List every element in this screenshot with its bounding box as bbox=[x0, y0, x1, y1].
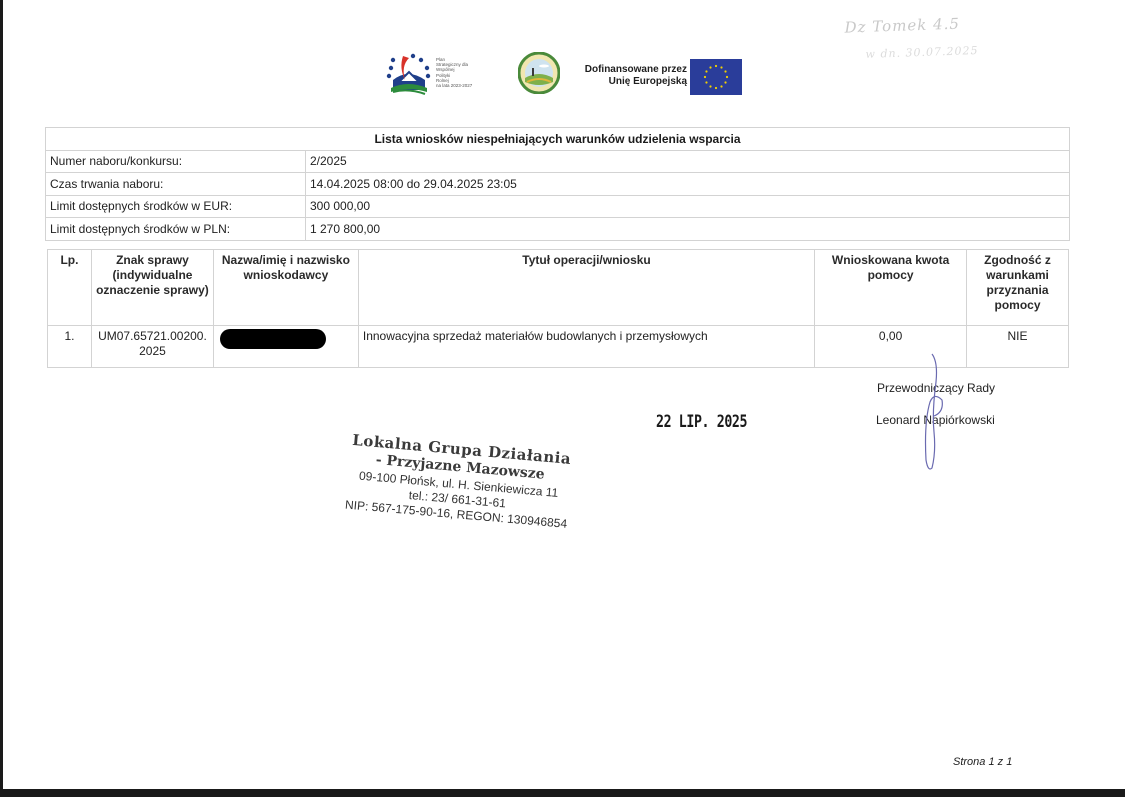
page-number: Strona 1 z 1 bbox=[953, 756, 1012, 768]
header-operation-title: Tytuł operacji/wniosku bbox=[358, 250, 814, 326]
info-row: Limit dostępnych środków w EUR: 300 000,… bbox=[46, 195, 1070, 218]
info-value: 1 270 800,00 bbox=[306, 218, 1070, 241]
info-value: 2/2025 bbox=[306, 150, 1070, 173]
eu-funding-label: Dofinansowane przez Unię Europejską bbox=[583, 64, 687, 88]
cell-operation-title: Innowacyjna sprzedaż materiałów budowlan… bbox=[358, 326, 814, 368]
cell-case-number: UM07.65721.00200. 2025 bbox=[91, 326, 213, 368]
ksow-logo-text: Plan Strategiczny dla Wspólnej Polityki … bbox=[436, 57, 486, 88]
cell-applicant-name bbox=[213, 326, 358, 368]
info-row: Limit dostępnych środków w PLN: 1 270 80… bbox=[46, 218, 1070, 241]
applications-table: Lp. Znak sprawy (indywidualne oznaczenie… bbox=[47, 249, 1069, 368]
call-info-table: Lista wniosków niespełniających warunków… bbox=[45, 127, 1070, 241]
lgd-round-logo-icon bbox=[518, 52, 560, 94]
header-lp: Lp. bbox=[48, 250, 92, 326]
info-label: Limit dostępnych środków w PLN: bbox=[46, 218, 306, 241]
header-compliance: Zgodność z warunkami przyznania pomocy bbox=[967, 250, 1069, 326]
stars-house-logo-icon bbox=[385, 50, 431, 96]
info-label: Czas trwania naboru: bbox=[46, 173, 306, 196]
cell-compliance: NIE bbox=[967, 326, 1069, 368]
handwritten-signature-icon bbox=[908, 352, 958, 474]
handwritten-note-line2: w dn. 30.07.2025 bbox=[865, 43, 995, 61]
header-requested-amount: Wnioskowana kwota pomocy bbox=[815, 250, 967, 326]
eu-flag-icon bbox=[690, 59, 742, 95]
header-case-number: Znak sprawy (indywidualne oznaczenie spr… bbox=[91, 250, 213, 326]
document-title: Lista wniosków niespełniających warunków… bbox=[46, 128, 1070, 151]
date-stamp: 22 LIP. 2025 bbox=[656, 412, 747, 432]
info-label: Numer naboru/konkursu: bbox=[46, 150, 306, 173]
info-label: Limit dostępnych środków w EUR: bbox=[46, 195, 306, 218]
funding-logos: Plan Strategiczny dla Wspólnej Polityki … bbox=[383, 48, 753, 98]
info-row: Czas trwania naboru: 14.04.2025 08:00 do… bbox=[46, 173, 1070, 196]
info-value: 300 000,00 bbox=[306, 195, 1070, 218]
header-applicant-name: Nazwa/imię i nazwisko wnioskodawcy bbox=[213, 250, 358, 326]
info-value: 14.04.2025 08:00 do 29.04.2025 23:05 bbox=[306, 173, 1070, 196]
handwritten-note-line1: Dz Tomek 4.5 bbox=[844, 13, 995, 36]
organization-stamp: Lokalna Grupa Działania - Przyjazne Mazo… bbox=[336, 430, 582, 532]
cell-lp: 1. bbox=[48, 326, 92, 368]
ksow-logo: Plan Strategiczny dla Wspólnej Polityki … bbox=[383, 48, 483, 98]
document-page: Dz Tomek 4.5 w dn. 30.07.2025 Plan Strat… bbox=[3, 0, 1125, 789]
info-row: Numer naboru/konkursu: 2/2025 bbox=[46, 150, 1070, 173]
table-header-row: Lp. Znak sprawy (indywidualne oznaczenie… bbox=[48, 250, 1069, 326]
handwritten-note: Dz Tomek 4.5 w dn. 30.07.2025 bbox=[844, 13, 995, 61]
redaction-bar bbox=[220, 329, 326, 349]
